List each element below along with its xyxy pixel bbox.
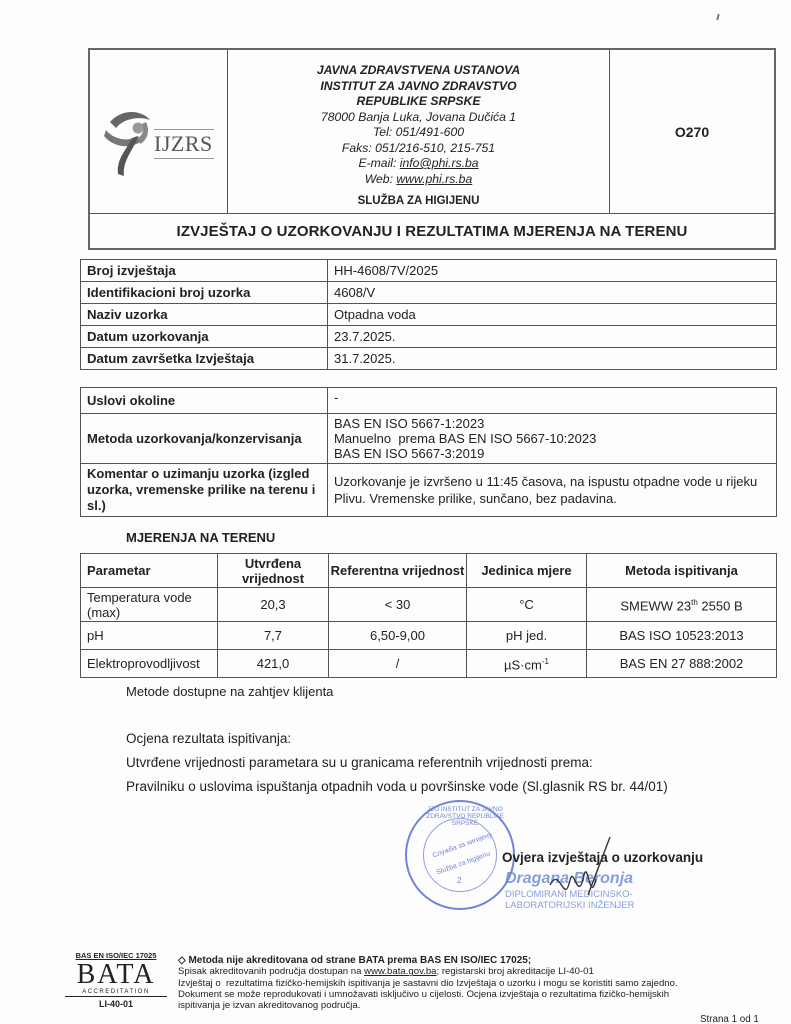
document-header: IJZRS JAVNA ZDRAVSTVENA USTANOVA INSTITU… (88, 48, 776, 250)
unit-cell: µS·cm-1 (467, 650, 587, 678)
info-label: Identifikacioni broj uzorka (81, 282, 328, 304)
col-header: Metoda ispitivanja (587, 554, 777, 588)
info-value: 31.7.2025. (328, 348, 777, 370)
unit-cell: °C (467, 588, 587, 622)
footer-line-2: Izvještaj o rezultatima fizičko-hemijski… (178, 978, 758, 989)
org-line-2: INSTITUT ZA JAVNO ZDRAVSTVO (228, 79, 609, 95)
method-cell: BAS EN 27 888:2002 (587, 650, 777, 678)
table-row: Metoda uzorkovanja/konzervisanja BAS EN … (81, 414, 777, 464)
comment-label: Komentar o uzimanju uzorka (izgled uzork… (81, 464, 328, 517)
info-value: Otpadna voda (328, 304, 777, 326)
table-row: pH 7,7 6,50-9,00 pH jed. BAS ISO 10523:2… (81, 622, 777, 650)
org-line-3: REPUBLIKE SRPSKE (228, 94, 609, 110)
stamp-number: 2 (457, 876, 461, 885)
conditions-label: Uslovi okoline (81, 388, 328, 414)
email-label: E-mail: (358, 156, 399, 170)
col-header: Parametar (81, 554, 218, 588)
institution-info: JAVNA ZDRAVSTVENA USTANOVA INSTITUT ZA J… (228, 50, 610, 213)
web-label: Web: (365, 172, 397, 186)
comment-value: Uzorkovanje je izvršeno u 11:45 časova, … (328, 464, 777, 517)
footer-line-3: Dokument se može reprodukovati i umnožav… (178, 989, 758, 1000)
footer-line-1: Spisak akreditovanih područja dostupan n… (178, 966, 758, 977)
table-row: Naziv uzorkaOtpadna voda (81, 304, 777, 326)
table-row: Elektroprovodljivost 421,0 / µS·cm-1 BAS… (81, 650, 777, 678)
method-line: BAS EN ISO 5667-3:2019 (334, 446, 770, 461)
assessment-heading: Ocjena rezultata ispitivanja: (126, 731, 291, 746)
footer-line-4: ispitivanja je izvan akreditovanog podru… (178, 1000, 758, 1011)
logo-rule-top (154, 129, 214, 130)
scan-speck (716, 14, 719, 20)
footer-text: Spisak akreditovanih područja dostupan n… (178, 966, 364, 977)
table-row: Datum uzorkovanja23.7.2025. (81, 326, 777, 348)
fax: Faks: 051/216-510, 215-751 (228, 141, 609, 157)
col-header: Jedinica mjere (467, 554, 587, 588)
phone: Tel: 051/491-600 (228, 125, 609, 141)
ijzrs-logo-icon (100, 100, 160, 180)
param-cell: Temperatura vode (max) (81, 588, 218, 622)
info-label: Datum završetka Izvještaja (81, 348, 328, 370)
measurements-title: MJERENJA NA TERENU (126, 530, 275, 545)
param-cell: Elektroprovodljivost (81, 650, 218, 678)
table-row: Identifikacioni broj uzorka4608/V (81, 282, 777, 304)
bata-link[interactable]: www.bata.gov.ba (364, 966, 436, 977)
bata-accreditation: ACCREDITATION (65, 989, 167, 997)
info-label: Naziv uzorka (81, 304, 328, 326)
method-value: BAS EN ISO 5667-1:2023 Manuelno prema BA… (328, 414, 777, 464)
table-row: Komentar o uzimanju uzorka (izgled uzork… (81, 464, 777, 517)
web-line: Web: www.phi.rs.ba (228, 172, 609, 188)
method-line: Manuelno prema BAS EN ISO 5667-10:2023 (334, 431, 770, 446)
org-line-1: JAVNA ZDRAVSTVENA USTANOVA (228, 63, 609, 79)
bata-number: LI-40-01 (65, 999, 167, 1009)
assessment-line-1: Utvrđene vrijednosti parametara su u gra… (126, 755, 593, 770)
page-number: Strana 1 od 1 (700, 1014, 759, 1024)
method-cell: SMEWW 23th 2550 B (587, 588, 777, 622)
info-label: Broj izvještaja (81, 260, 328, 282)
sampling-info-table: Uslovi okoline - Metoda uzorkovanja/konz… (80, 387, 777, 517)
method-cell: BAS ISO 10523:2013 (587, 622, 777, 650)
email-link[interactable]: info@phi.rs.ba (400, 156, 479, 170)
methods-note: Metode dostupne na zahtjev klijenta (126, 684, 333, 699)
report-info-table: Broj izvještajaHH-4608/7V/2025 Identifik… (80, 259, 777, 370)
method-line: BAS EN ISO 5667-1:2023 (334, 416, 770, 431)
param-cell: pH (81, 622, 218, 650)
method-sup: th (691, 598, 698, 607)
handwritten-signature-icon (540, 835, 630, 915)
value-cell: 20,3 (218, 588, 329, 622)
footer-notes: ◇ Metoda nije akreditovana od strane BAT… (178, 955, 758, 1011)
unit-text: µS·cm (504, 658, 542, 673)
method-text: SMEWW 23 (620, 599, 691, 614)
reference-cell: / (329, 650, 467, 678)
logo-rule-bottom (154, 158, 214, 159)
address: 78000 Banja Luka, Jovana Dučića 1 (228, 110, 609, 126)
col-header: Referentna vrijednost (329, 554, 467, 588)
value-cell: 421,0 (218, 650, 329, 678)
service-name: SLUŽBA ZA HIGIJENU (228, 194, 609, 210)
stamp-outer-text: JZU INSTITUT ZA JAVNO ZDRAVSTVO REPUBLIK… (425, 806, 505, 827)
web-link[interactable]: www.phi.rs.ba (396, 172, 472, 186)
table-row: Uslovi okoline - (81, 388, 777, 414)
info-label: Datum uzorkovanja (81, 326, 328, 348)
email-line: E-mail: info@phi.rs.ba (228, 156, 609, 172)
footer-accreditation-note: ◇ Metoda nije akreditovana od strane BAT… (178, 955, 758, 966)
logo-cell: IJZRS (90, 50, 228, 213)
bata-logo: BATA (65, 961, 167, 989)
reference-cell: < 30 (329, 588, 467, 622)
report-title: IZVJEŠTAJ O UZORKOVANJU I REZULTATIMA MJ… (90, 213, 774, 248)
bata-accreditation-mark: BAS EN ISO/IEC 17025 BATA ACCREDITATION … (65, 951, 167, 1009)
table-row: Broj izvještajaHH-4608/7V/2025 (81, 260, 777, 282)
value-cell: 7,7 (218, 622, 329, 650)
assessment-line-2: Pravilniku o uslovima ispuštanja otpadni… (126, 779, 668, 794)
unit-cell: pH jed. (467, 622, 587, 650)
table-row: Temperatura vode (max) 20,3 < 30 °C SMEW… (81, 588, 777, 622)
method-text: 2550 B (698, 599, 743, 614)
institution-stamp: JZU INSTITUT ZA JAVNO ZDRAVSTVO REPUBLIK… (405, 800, 515, 910)
col-header: Utvrđena vrijednost (218, 554, 329, 588)
info-value: 4608/V (328, 282, 777, 304)
table-header-row: Parametar Utvrđena vrijednost Referentna… (81, 554, 777, 588)
reference-cell: 6,50-9,00 (329, 622, 467, 650)
info-value: 23.7.2025. (328, 326, 777, 348)
method-label: Metoda uzorkovanja/konzervisanja (81, 414, 328, 464)
logo-text: IJZRS (154, 131, 213, 157)
conditions-value: - (328, 388, 777, 414)
table-row: Datum završetka Izvještaja31.7.2025. (81, 348, 777, 370)
unit-sup: -1 (542, 657, 549, 666)
footer-text: ; registarski broj akreditacije LI-40-01 (437, 966, 594, 977)
measurements-table: Parametar Utvrđena vrijednost Referentna… (80, 553, 777, 678)
info-value: HH-4608/7V/2025 (328, 260, 777, 282)
form-code: O270 (610, 50, 774, 213)
